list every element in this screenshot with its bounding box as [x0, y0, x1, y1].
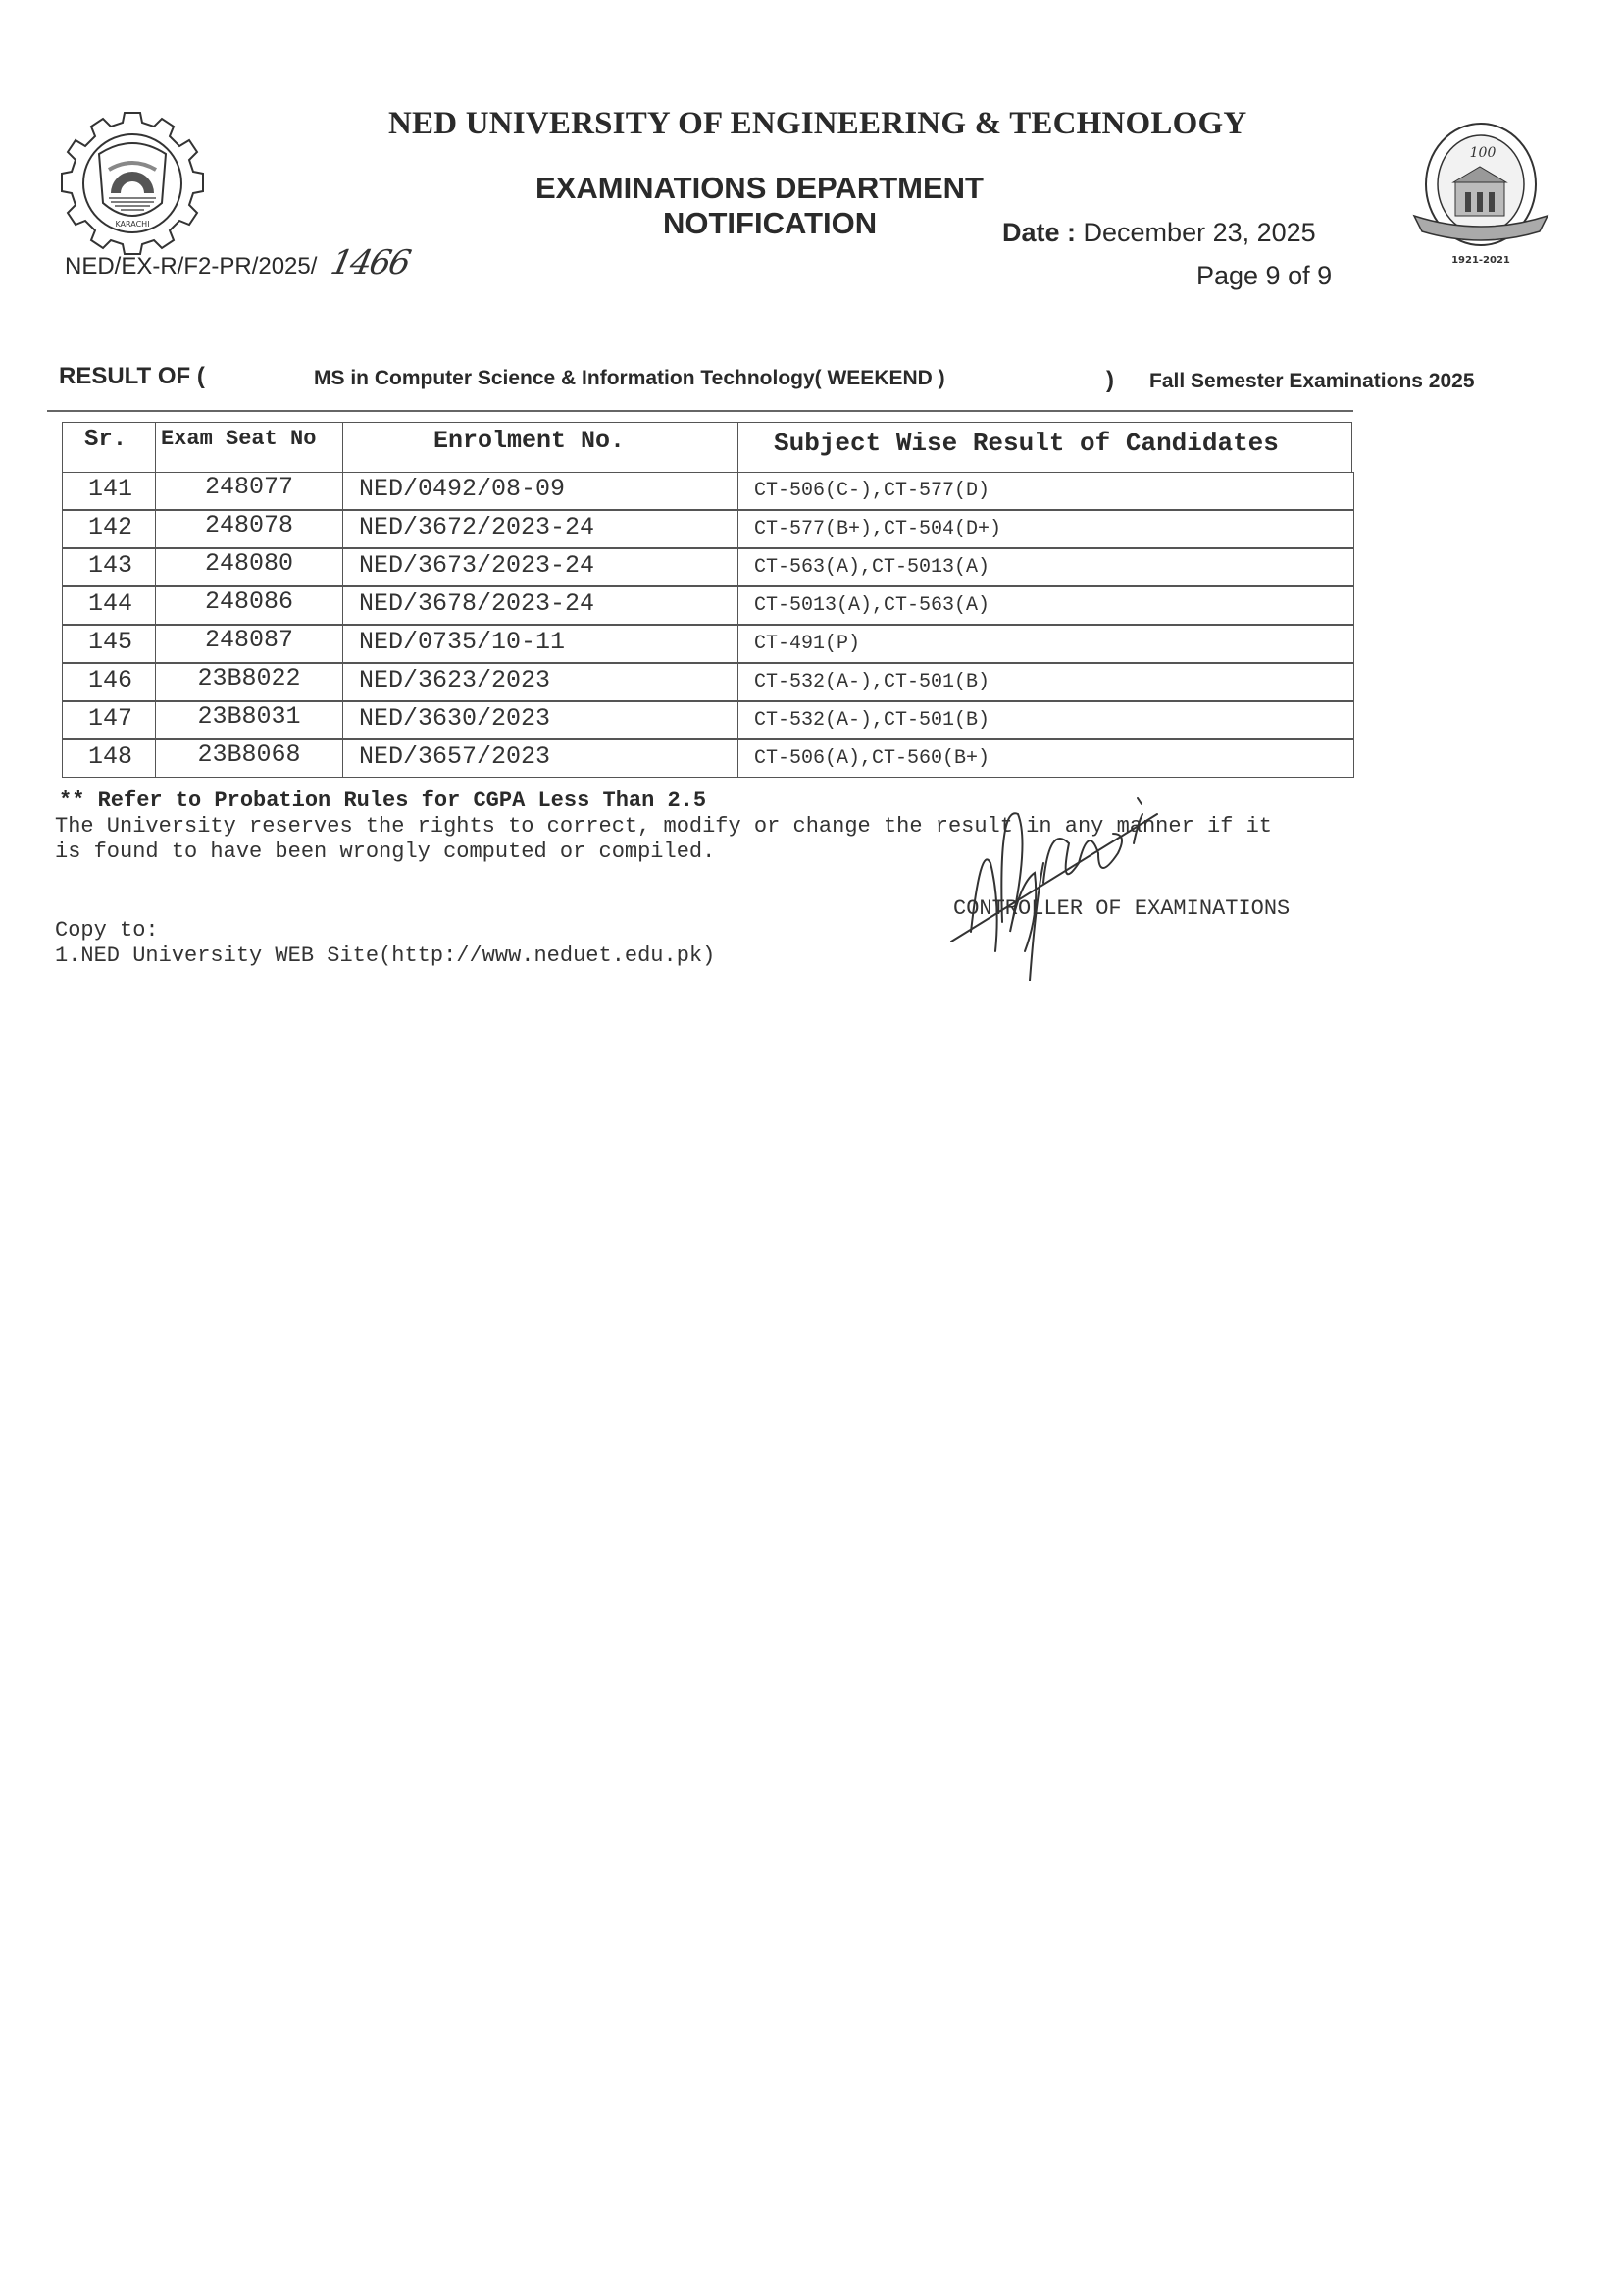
disclaimer-line-2: is found to have been wrongly computed o…: [55, 840, 715, 864]
copy-to-label: Copy to:: [55, 918, 159, 942]
reference-number: NED/EX-R/F2-PR/2025/: [65, 253, 317, 280]
cell-seat: 248086: [155, 586, 343, 625]
cell-enrolment: NED/3673/2023-24: [342, 548, 738, 586]
notification-title: NOTIFICATION: [663, 206, 877, 241]
ned-university-gear-logo-icon: KARACHI: [59, 110, 206, 257]
department-title: EXAMINATIONS DEPARTMENT: [535, 171, 984, 206]
cell-sr: 146: [62, 663, 156, 701]
cell-seat: 248087: [155, 625, 343, 663]
notification-date: Date : December 23, 2025: [1002, 218, 1316, 248]
page-number: Page 9 of 9: [1196, 261, 1332, 291]
copy-to-item: 1.NED University WEB Site(http://www.ned…: [55, 943, 715, 968]
cell-result: CT-5013(A),CT-563(A): [737, 586, 1354, 625]
university-name: NED UNIVERSITY OF ENGINEERING & TECHNOLO…: [388, 106, 1246, 142]
cell-enrolment: NED/3672/2023-24: [342, 510, 738, 548]
ned-centenary-100-years-logo-icon: 100 1921-2021: [1404, 122, 1557, 269]
cell-seat: 248077: [155, 472, 343, 510]
cell-enrolment: NED/3657/2023: [342, 739, 738, 778]
cell-enrolment: NED/3678/2023-24: [342, 586, 738, 625]
cell-result: CT-491(P): [737, 625, 1354, 663]
cell-sr: 142: [62, 510, 156, 548]
svg-text:KARACHI: KARACHI: [115, 220, 149, 229]
header-divider: [47, 410, 1353, 412]
cell-seat: 23B8022: [155, 663, 343, 701]
result-close-paren: ): [1106, 367, 1114, 394]
svg-text:1921-2021: 1921-2021: [1451, 255, 1510, 266]
cell-sr: 147: [62, 701, 156, 739]
date-value: December 23, 2025: [1084, 218, 1316, 247]
cell-enrolment: NED/3623/2023: [342, 663, 738, 701]
cell-sr: 143: [62, 548, 156, 586]
cell-seat: 23B8031: [155, 701, 343, 739]
cell-seat: 248078: [155, 510, 343, 548]
result-of-label: RESULT OF (: [59, 363, 205, 390]
reference-handwritten-number: 1466: [328, 243, 413, 282]
cell-seat: 23B8068: [155, 739, 343, 778]
semester-name: Fall Semester Examinations 2025: [1149, 370, 1475, 393]
cell-result: CT-563(A),CT-5013(A): [737, 548, 1354, 586]
program-name: MS in Computer Science & Information Tec…: [314, 367, 945, 390]
cell-sr: 144: [62, 586, 156, 625]
cell-enrolment: NED/0492/08-09: [342, 472, 738, 510]
cell-sr: 141: [62, 472, 156, 510]
header-cell-sr: Sr.: [62, 422, 156, 473]
cell-enrolment: NED/3630/2023: [342, 701, 738, 739]
cell-result: CT-532(A-),CT-501(B): [737, 663, 1354, 701]
cell-result: CT-577(B+),CT-504(D+): [737, 510, 1354, 548]
cell-result: CT-506(C-),CT-577(D): [737, 472, 1354, 510]
cell-seat: 248080: [155, 548, 343, 586]
cell-result: CT-532(A-),CT-501(B): [737, 701, 1354, 739]
cell-sr: 148: [62, 739, 156, 778]
cell-sr: 145: [62, 625, 156, 663]
probation-note: ** Refer to Probation Rules for CGPA Les…: [59, 789, 706, 813]
header-cell-seat: Exam Seat No: [155, 422, 343, 473]
header-cell-enrolment: Enrolment No.: [342, 422, 738, 473]
svg-text:100: 100: [1470, 145, 1497, 161]
date-label: Date :: [1002, 218, 1076, 247]
handwritten-signature-icon: [941, 785, 1255, 981]
cell-result: CT-506(A),CT-560(B+): [737, 739, 1354, 778]
header-cell-result: Subject Wise Result of Candidates: [737, 422, 1352, 473]
cell-enrolment: NED/0735/10-11: [342, 625, 738, 663]
